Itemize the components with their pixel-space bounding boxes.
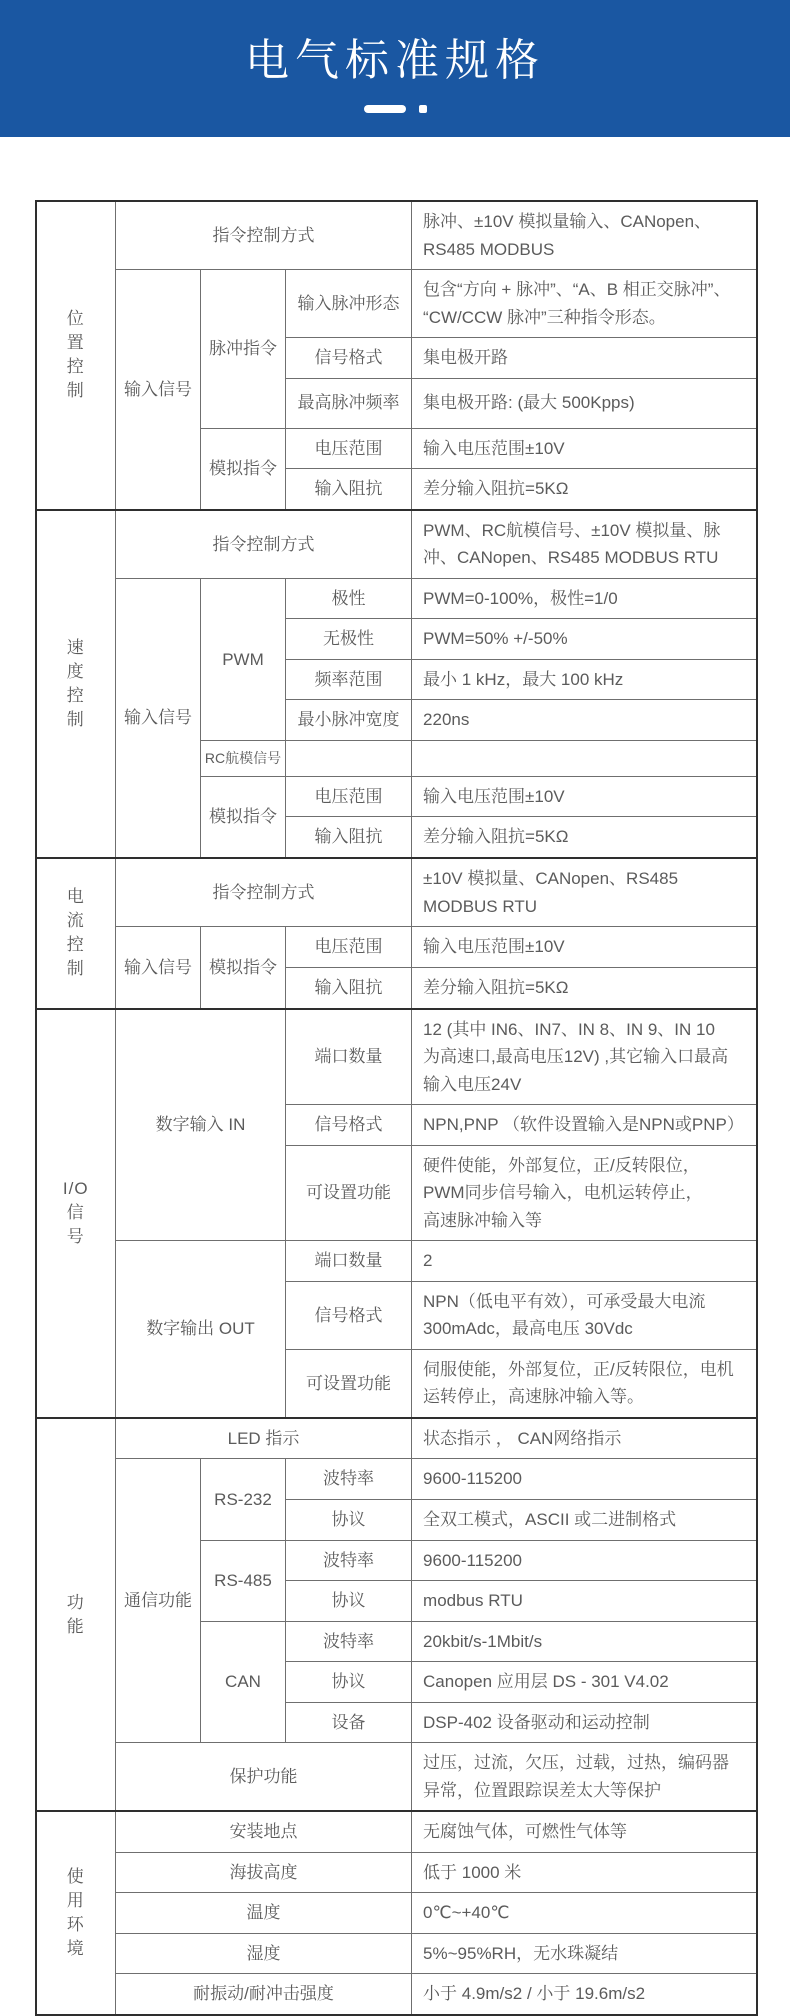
label-polarity: 极性 [286,578,412,619]
label-pulse-command: 脉冲指令 [201,270,286,429]
label-rs485: RS-485 [201,1540,286,1621]
value-speed-voltage-range: 输入电压范围±10V [412,776,757,817]
value-position-cmd-mode: 脉冲、±10V 模拟量输入、CANopen、 RS485 MODBUS [412,201,757,270]
label-digital-input: 数字输入 IN [116,1009,286,1241]
label-dout-signal-format: 信号格式 [286,1281,412,1349]
value-vibration-shock: 小于 4.9m/s2 / 小于 19.6m/s2 [412,1974,757,2015]
label-can-device: 设备 [286,1702,412,1743]
label-position-voltage-range: 电压范围 [286,428,412,469]
label-dout-settable-functions: 可设置功能 [286,1349,412,1418]
label-protection: 保护功能 [116,1743,412,1812]
label-position-cmd-mode: 指令控制方式 [116,201,412,270]
label-install-location: 安装地点 [116,1811,412,1852]
value-altitude: 低于 1000 米 [412,1852,757,1893]
section-header-io-signal: I/O 信 号 [36,1009,116,1418]
value-speed-cmd-mode: PWM、RC航模信号、±10V 模拟量、脉 冲、CANopen、RS485 MO… [412,510,757,579]
value-position-signal-format: 集电极开路 [412,338,757,379]
label-rs232-baud: 波特率 [286,1459,412,1500]
value-humidity: 5%~95%RH，无水珠凝结 [412,1933,757,1974]
title-underline [364,105,427,113]
value-current-input-impedance: 差分输入阻抗=5KΩ [412,968,757,1009]
value-no-polarity: PWM=50% +/-50% [412,619,757,660]
value-dout-signal-format: NPN（低电平有效），可承受最大电流 300mAdc，最高电压 30Vdc [412,1281,757,1349]
value-input-pulse-form: 包含“方向 + 脉冲”、“A、B 相正交脉冲”、 “CW/CCW 脉冲”三种指令… [412,270,757,338]
label-rs485-baud: 波特率 [286,1540,412,1581]
value-dout-port-count: 2 [412,1241,757,1282]
value-can-baud: 20kbit/s-1Mbit/s [412,1621,757,1662]
label-can-protocol: 协议 [286,1662,412,1703]
label-current-cmd-mode: 指令控制方式 [116,858,412,927]
label-position-signal-format: 信号格式 [286,338,412,379]
section-header-environment: 使 用 环 境 [36,1811,116,2015]
value-install-location: 无腐蚀气体，可燃性气体等 [412,1811,757,1852]
label-speed-analog-command: 模拟指令 [201,776,286,858]
label-rc-signal: RC航模信号 [201,740,286,776]
label-speed-input-signal: 输入信号 [116,578,201,858]
label-current-voltage-range: 电压范围 [286,927,412,968]
value-can-device: DSP-402 设备驱动和运动控制 [412,1702,757,1743]
label-input-pulse-form: 输入脉冲形态 [286,270,412,338]
value-rs232-baud: 9600-115200 [412,1459,757,1500]
value-min-pulse-width: 220ns [412,700,757,741]
value-din-signal-format: NPN,PNP （软件设置输入是NPN或PNP） [412,1105,757,1146]
label-led-indicator: LED 指示 [116,1418,412,1459]
section-header-current-control: 电 流 控 制 [36,858,116,1009]
header-banner: 电气标准规格 [0,0,790,137]
underline-dot [419,105,427,113]
value-din-settable-functions: 硬件使能，外部复位，正/反转限位， PWM同步信号输入，电机运转停止， 高速脉冲… [412,1145,757,1241]
value-rc-empty [412,740,757,776]
label-din-settable-functions: 可设置功能 [286,1145,412,1241]
label-temperature: 温度 [116,1893,412,1934]
label-no-polarity: 无极性 [286,619,412,660]
value-temperature: 0℃~+40℃ [412,1893,757,1934]
label-communication: 通信功能 [116,1459,201,1743]
value-din-port-count: 12 (其中 IN6、IN7、IN 8、IN 9、IN 10 为高速口,最高电压… [412,1009,757,1105]
section-header-speed-control: 速 度 控 制 [36,510,116,858]
value-rs232-protocol: 全双工模式，ASCII 或二进制格式 [412,1500,757,1541]
value-current-voltage-range: 输入电压范围±10V [412,927,757,968]
label-rc-empty [286,740,412,776]
label-din-signal-format: 信号格式 [286,1105,412,1146]
label-din-port-count: 端口数量 [286,1009,412,1105]
section-header-position-control: 位 置 控 制 [36,201,116,510]
label-pwm: PWM [201,578,286,740]
value-current-cmd-mode: ±10V 模拟量、CANopen、RS485 MODBUS RTU [412,858,757,927]
label-frequency-range: 频率范围 [286,659,412,700]
value-led-indicator: 状态指示 ， CAN网络指示 [412,1418,757,1459]
value-position-voltage-range: 输入电压范围±10V [412,428,757,469]
label-can: CAN [201,1621,286,1743]
value-max-pulse-frequency: 集电极开路: (最大 500Kpps) [412,378,757,428]
label-humidity: 湿度 [116,1933,412,1974]
label-max-pulse-frequency: 最高脉冲频率 [286,378,412,428]
value-rs485-protocol: modbus RTU [412,1581,757,1622]
label-can-baud: 波特率 [286,1621,412,1662]
label-rs485-protocol: 协议 [286,1581,412,1622]
value-can-protocol: Canopen 应用层 DS - 301 V4.02 [412,1662,757,1703]
label-position-input-impedance: 输入阻抗 [286,469,412,510]
label-speed-cmd-mode: 指令控制方式 [116,510,412,579]
label-rs232: RS-232 [201,1459,286,1540]
label-current-input-signal: 输入信号 [116,927,201,1009]
value-dout-settable-functions: 伺服使能，外部复位，正/反转限位，电机 运转停止，高速脉冲输入等。 [412,1349,757,1418]
label-current-analog-command: 模拟指令 [201,927,286,1009]
value-protection: 过压，过流，欠压，过载，过热，编码器 异常，位置跟踪误差太大等保护 [412,1743,757,1812]
label-min-pulse-width: 最小脉冲宽度 [286,700,412,741]
value-polarity: PWM=0-100%，极性=1/0 [412,578,757,619]
value-speed-input-impedance: 差分输入阻抗=5KΩ [412,817,757,858]
label-position-analog-command: 模拟指令 [201,428,286,510]
label-speed-voltage-range: 电压范围 [286,776,412,817]
value-frequency-range: 最小 1 kHz，最大 100 kHz [412,659,757,700]
label-vibration-shock: 耐振动/耐冲击强度 [116,1974,412,2015]
spec-table: 位 置 控 制 指令控制方式 脉冲、±10V 模拟量输入、CANopen、 RS… [35,200,758,2016]
label-rs232-protocol: 协议 [286,1500,412,1541]
value-position-input-impedance: 差分输入阻抗=5KΩ [412,469,757,510]
label-altitude: 海拔高度 [116,1852,412,1893]
label-digital-output: 数字输出 OUT [116,1241,286,1418]
label-position-input-signal: 输入信号 [116,270,201,510]
spec-table-container: 位 置 控 制 指令控制方式 脉冲、±10V 模拟量输入、CANopen、 RS… [35,200,756,2016]
underline-dash [364,105,406,113]
value-rs485-baud: 9600-115200 [412,1540,757,1581]
label-speed-input-impedance: 输入阻抗 [286,817,412,858]
section-header-functions: 功 能 [36,1418,116,1811]
label-current-input-impedance: 输入阻抗 [286,968,412,1009]
page-title: 电气标准规格 [245,39,545,83]
label-dout-port-count: 端口数量 [286,1241,412,1282]
